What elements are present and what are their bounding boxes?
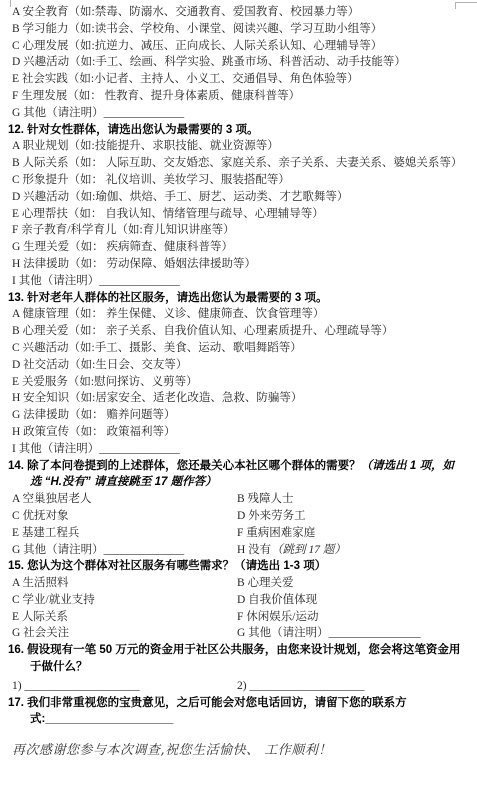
option-line: F 重病困难家庭 bbox=[237, 525, 315, 542]
option-text: H 没有 bbox=[237, 544, 271, 556]
option-line: D 社交活动（如:生日会、交友等） bbox=[8, 357, 471, 374]
q14-header-line1: 14. 除了本问卷提到的上述群体，您还最关心本社区哪个群体的需要？（请选出 1 … bbox=[8, 458, 471, 475]
questionnaire-content: A 安全教育（如:禁毒、防溺水、交通教育、爱国教育、校园暴力等） B 学习能力（… bbox=[0, 0, 477, 760]
option-line: A 健康管理（如： 养生保健、义诊、健康筛查、饮食管理等） bbox=[8, 306, 471, 323]
q16-answer-blanks: 1) ____________________ 2) _____________… bbox=[8, 678, 471, 695]
option-line: E 社会实践（如:小记者、主持人、小义工、交通倡导、角色体验等） bbox=[8, 71, 471, 88]
option-line: G 法律援助（如： 赡养问题等） bbox=[8, 407, 471, 424]
skip-note: （跳到 17 题） bbox=[271, 544, 346, 556]
q14-header-text: 14. 除了本问卷提到的上述群体，您还最关心本社区哪个群体的需要？ bbox=[8, 460, 361, 472]
q14-option-row: A 空巢独居老人 B 残障人士 bbox=[8, 491, 471, 508]
option-line: B 心理关爱（如： 亲子关系、自我价值认知、心理素质提升、心理疏导等） bbox=[8, 323, 471, 340]
option-line: A 职业规划（如:技能提升、求职技能、就业资源等） bbox=[8, 138, 471, 155]
answer-blank-2: 2) ____________________ bbox=[237, 678, 364, 695]
q17-contact-blank-line: 式:____________________ bbox=[8, 711, 471, 728]
option-line: B 学习能力（如:读书会、学校角、小课堂、阅读兴趣、学习互助小组等） bbox=[8, 21, 471, 38]
closing-thanks: 再次感谢您参与本次调查,祝您生活愉快、 工作顺利！ bbox=[8, 742, 471, 760]
q15-option-row: G 社会关注 G 其他（请注明）________________ bbox=[8, 625, 471, 642]
option-line: F 亲子教育/科学育儿（如:育儿知识讲座等） bbox=[8, 222, 471, 239]
answer-blank-1: 1) ____________________ bbox=[8, 678, 237, 695]
text-boundary-mark-right bbox=[455, 2, 477, 9]
option-line: D 自我价值体现 bbox=[237, 592, 317, 609]
q12-header: 12. 针对女性群体，请选出您认为最需要的 3 项。 bbox=[8, 122, 471, 139]
q15-option-row: A 生活照料 B 心理关爱 bbox=[8, 575, 471, 592]
option-line: B 残障人士 bbox=[237, 491, 294, 508]
q14-header-note: （请选出 1 项，如 bbox=[361, 460, 454, 472]
q14-option-row: C 优抚对象 D 外来劳务工 bbox=[8, 508, 471, 525]
q17-line1: 17. 我们非常重视您的宝贵意见，之后可能会对您电话回访，请留下您的联系方 bbox=[8, 695, 471, 712]
q14-option-row: E 基建工程兵 F 重病困难家庭 bbox=[8, 525, 471, 542]
option-line: E 基建工程兵 bbox=[8, 525, 237, 542]
option-line: H 政策宣传（如： 政策福利等） bbox=[8, 424, 471, 441]
option-line: H 没有（跳到 17 题） bbox=[237, 542, 346, 559]
q11-options-list: A 安全教育（如:禁毒、防溺水、交通教育、爱国教育、校园暴力等） B 学习能力（… bbox=[8, 4, 471, 122]
option-line: G 社会关注 bbox=[8, 625, 237, 642]
q15-option-row: E 人际关系 F 休闲娱乐/运动 bbox=[8, 609, 471, 626]
option-line: D 外来劳务工 bbox=[237, 508, 306, 525]
q13-options-list: A 健康管理（如： 养生保健、义诊、健康筛查、饮食管理等） B 心理关爱（如： … bbox=[8, 306, 471, 457]
option-line: C 优抚对象 bbox=[8, 508, 237, 525]
text-boundary-mark-left bbox=[10, 0, 11, 7]
option-line: H 安全知识（如:居家安全、适老化改造、急救、防骗等） bbox=[8, 390, 471, 407]
q12-options-list: A 职业规划（如:技能提升、求职技能、就业资源等） B 人际关系（如： 人际互助… bbox=[8, 138, 471, 289]
option-line: G 生理关爱（如： 疾病筛查、健康科普等） bbox=[8, 239, 471, 256]
q15-option-row: C 学业/就业支持 D 自我价值体现 bbox=[8, 592, 471, 609]
option-line: A 空巢独居老人 bbox=[8, 491, 237, 508]
option-line: I 其他（请注明）______________ bbox=[8, 273, 471, 290]
q14-option-row: G 其他（请注明）______________ H 没有（跳到 17 题） bbox=[8, 542, 471, 559]
option-line: C 心理发展（如:抗逆力、减压、正向成长、人际关系认知、心理辅导等） bbox=[8, 38, 471, 55]
option-line: H 法律援助（如： 劳动保障、婚姻法律援助等） bbox=[8, 256, 471, 273]
q16-header-line1: 16. 假设现有一笔 50 万元的资金用于社区公共服务，由您来设计规划，您会将这… bbox=[8, 642, 471, 659]
questionnaire-page: A 安全教育（如:禁毒、防溺水、交通教育、爱国教育、校园暴力等） B 学习能力（… bbox=[0, 0, 477, 794]
q14-header-line2: 选 “H.没有” 请直接跳至 17 题作答） bbox=[8, 474, 471, 491]
option-line: B 心理关爱 bbox=[237, 575, 294, 592]
option-line: G 其他（请注明）______________ bbox=[8, 105, 471, 122]
option-line: E 关爱服务（如:慰问探访、义剪等） bbox=[8, 374, 471, 391]
option-line: D 兴趣活动（如:手工、绘画、科学实验、跳蚤市场、科普活动、动手技能等） bbox=[8, 54, 471, 71]
option-line: C 学业/就业支持 bbox=[8, 592, 237, 609]
option-line: G 其他（请注明）______________ bbox=[8, 542, 237, 559]
option-line: D 兴趣活动（如:瑜伽、烘焙、手工、厨艺、运动类、才艺歌舞等） bbox=[8, 189, 471, 206]
option-line: C 兴趣活动（如:手工、摄影、美食、运动、歌唱舞蹈等） bbox=[8, 340, 471, 357]
option-line: C 形象提升（如： 礼仪培训、美妆学习、服装搭配等） bbox=[8, 172, 471, 189]
option-line: E 心理帮扶（如： 自我认知、情绪管理与疏导、心理辅导等） bbox=[8, 206, 471, 223]
option-line: F 生理发展（如： 性教育、提升身体素质、健康科普等） bbox=[8, 88, 471, 105]
option-line: G 其他（请注明）________________ bbox=[237, 625, 421, 642]
option-line: E 人际关系 bbox=[8, 609, 237, 626]
option-line: F 休闲娱乐/运动 bbox=[237, 609, 318, 626]
q13-header: 13. 针对老年人群体的社区服务，请选出您认为最需要的 3 项。 bbox=[8, 290, 471, 307]
q16-header-line2: 于做什么？ bbox=[8, 659, 471, 676]
option-line: B 人际关系（如： 人际互助、交友婚恋、家庭关系、亲子关系、夫妻关系、婆媳关系等… bbox=[8, 155, 471, 172]
option-line: A 生活照料 bbox=[8, 575, 237, 592]
option-line: I 其他（请注明）______________ bbox=[8, 441, 471, 458]
q15-header: 15. 您认为这个群体对社区服务有哪些需求？（请选出 1-3 项） bbox=[8, 558, 471, 575]
option-line: A 安全教育（如:禁毒、防溺水、交通教育、爱国教育、校园暴力等） bbox=[8, 4, 471, 21]
